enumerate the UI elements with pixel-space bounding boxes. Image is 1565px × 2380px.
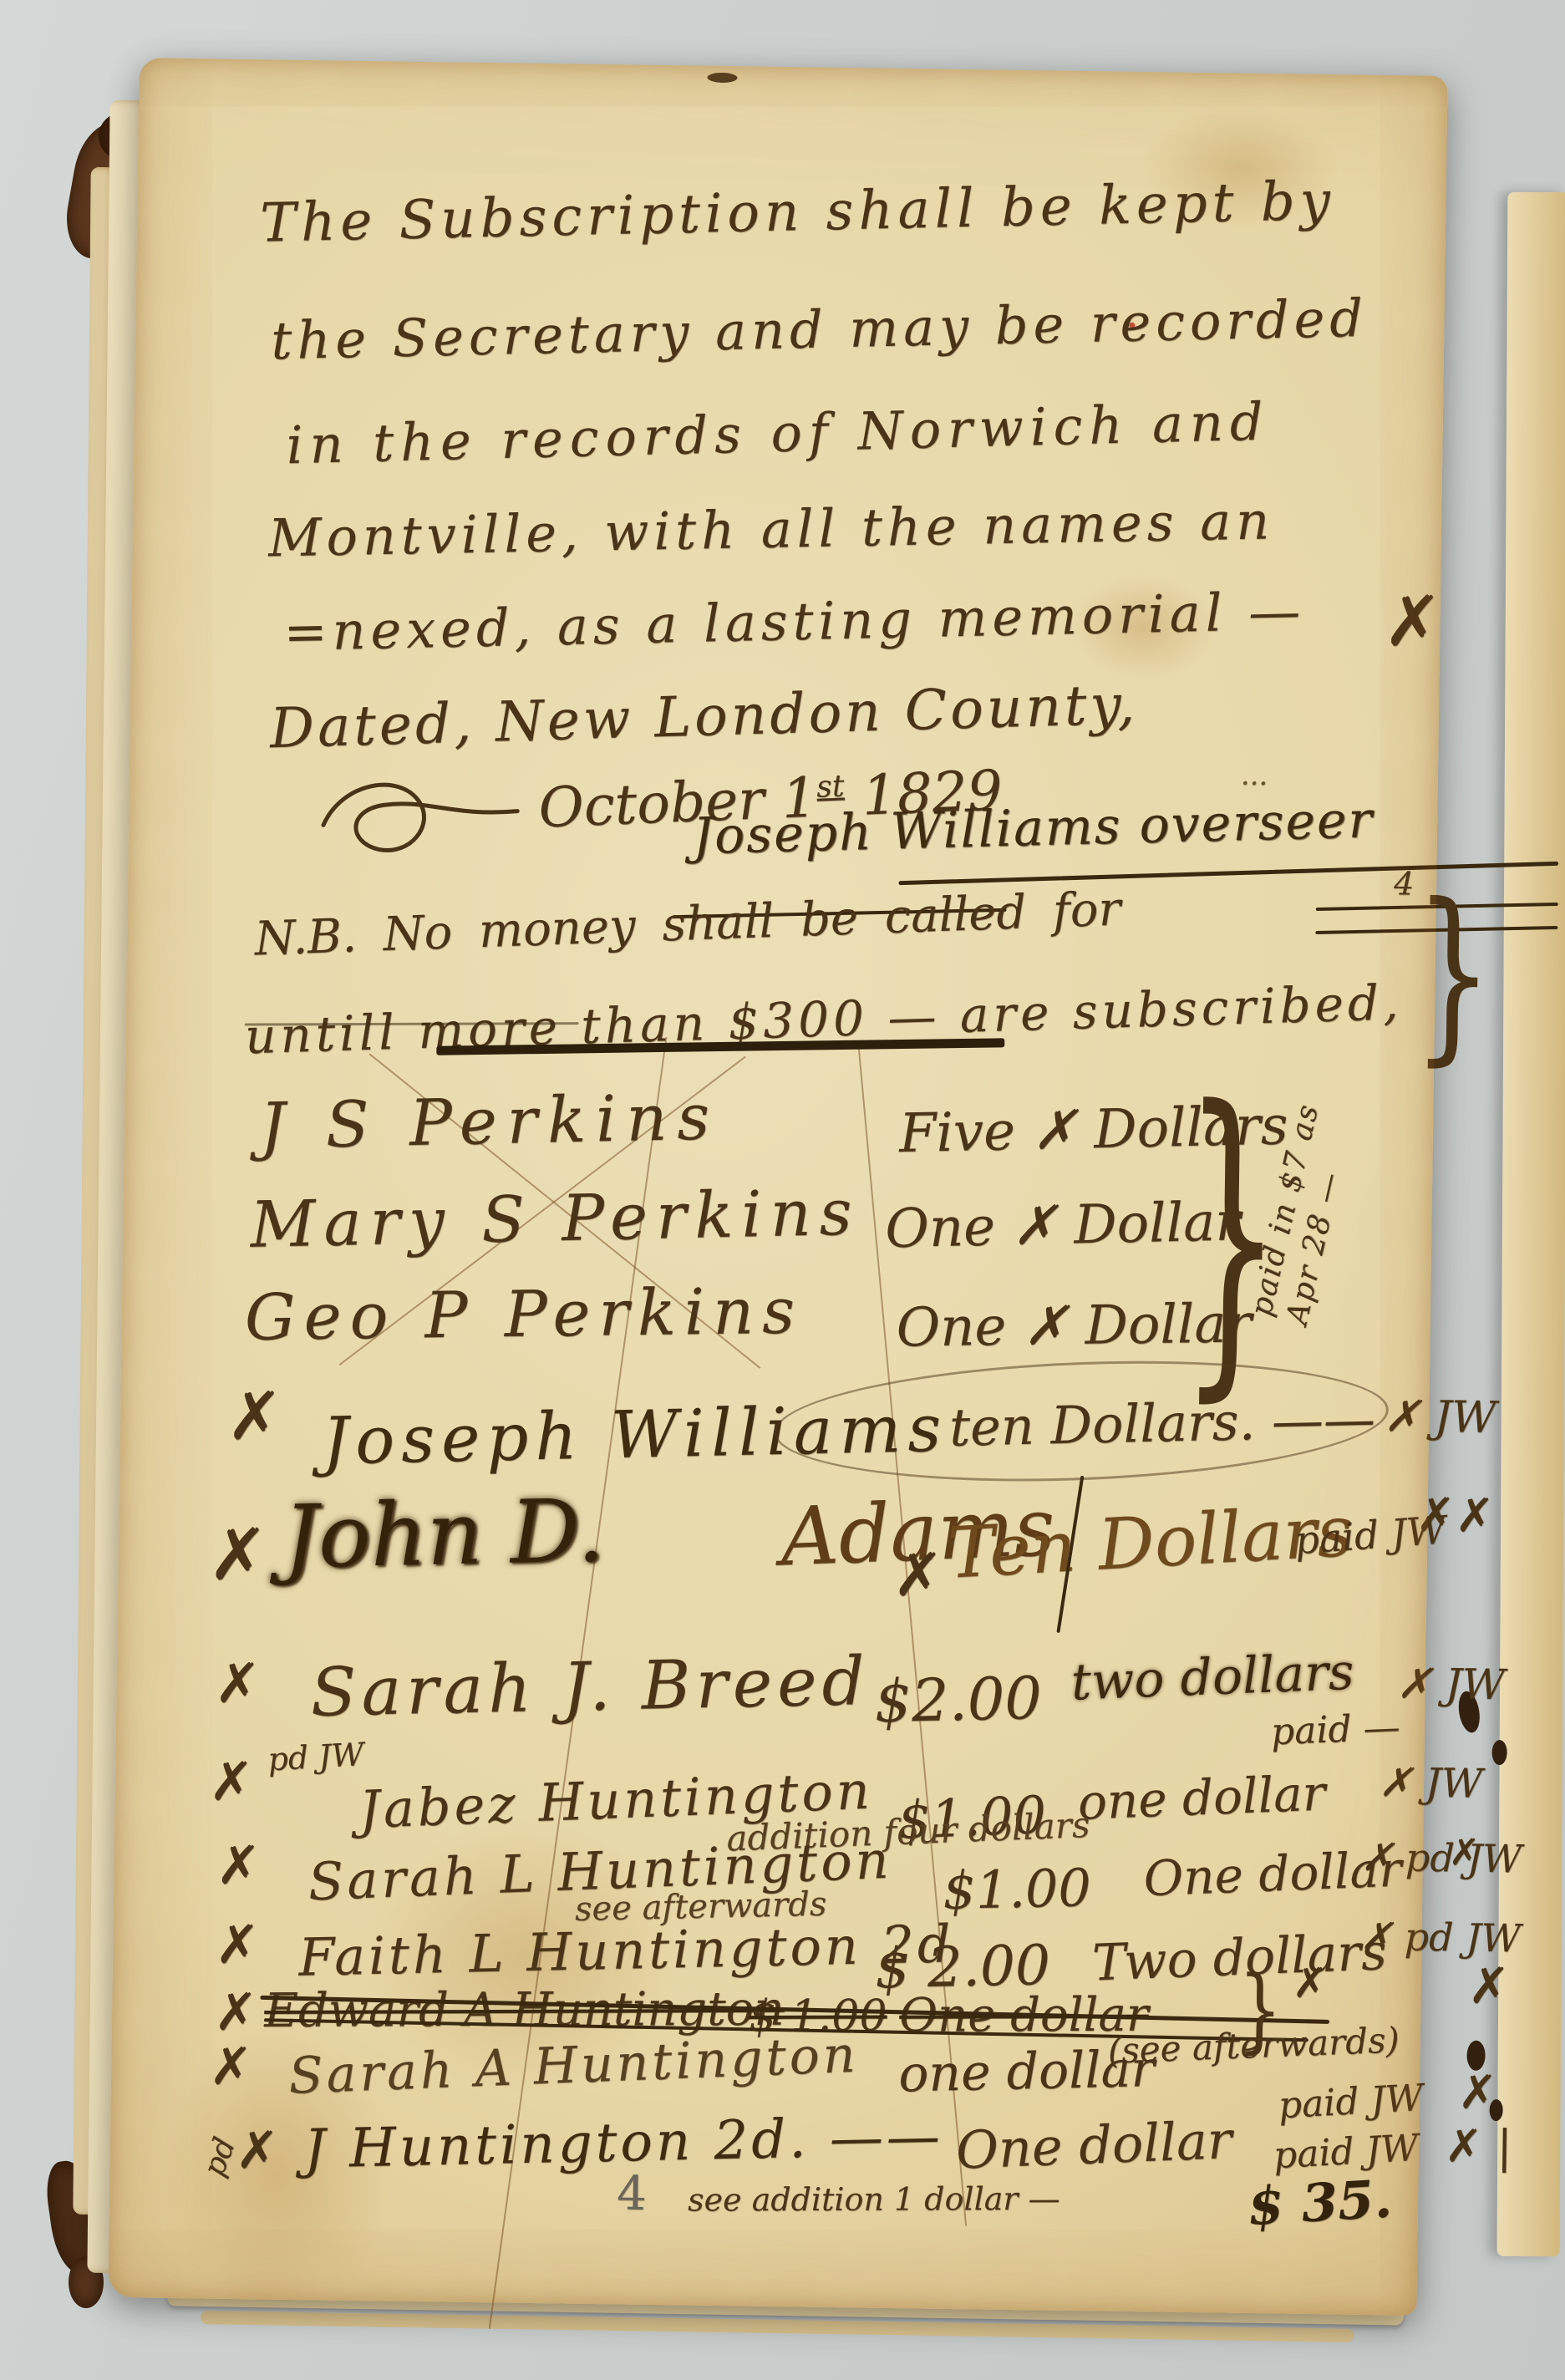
paragraph-line: Montville, with all the names an (267, 490, 1274, 568)
x-mark: ✗ (214, 1651, 261, 1716)
ink-blot (707, 73, 737, 84)
margin-initials: ✗ pd JW (1359, 1914, 1521, 1961)
x-mark: ✗ (207, 1513, 268, 1598)
x-mark: ✗ (1467, 1957, 1510, 2016)
x-mark: ✗ (214, 1981, 258, 2043)
margin-initials: ✗ JW (1379, 1759, 1483, 1808)
brace-mark: } (1237, 1964, 1283, 2056)
photo-background: The Subscription shall be kept by the Se… (0, 0, 1565, 2380)
paragraph-line: =nexed, as a lasting memorial — (283, 580, 1306, 663)
paid-note: paid — (1270, 1706, 1400, 1753)
x-mark: ✗ (1457, 2065, 1497, 2120)
x-mark: ✗ (209, 2036, 253, 2098)
subscriber-name: Sarah J. Breed (310, 1642, 871, 1732)
brace-mark: } (1412, 880, 1495, 1069)
amount-words: one dollar (898, 2040, 1156, 2103)
x-mark: ✗ (235, 2119, 279, 2181)
subscriber-amount: ten Dollars. —— (948, 1388, 1375, 1458)
subscriber-name: Mary S Perkins (250, 1175, 861, 1262)
paid-lead-note: pd JW (267, 1736, 364, 1777)
ink-flourish-icon (316, 766, 526, 869)
x-mark: ✗ (226, 1377, 282, 1456)
paid-note: paid JW (1277, 2077, 1424, 2128)
nota-bene-line: N.B. No money shall be called for (254, 882, 1122, 966)
date-ordinal: st (816, 767, 845, 804)
x-mark: ✗ (892, 1539, 943, 1610)
manuscript-page: The Subscription shall be kept by the Se… (108, 58, 1447, 2316)
x-mark: ✗ (1383, 580, 1443, 663)
subscriber-amount: $1.00 (943, 1857, 1092, 1921)
amount-words: One dollar (955, 2109, 1233, 2181)
subscriber-name: J S Perkins (259, 1079, 720, 1163)
x-mark: ✗ (216, 1835, 262, 1898)
paragraph-line: The Subscription shall be kept by (260, 170, 1336, 255)
amount-words: two dollars (1070, 1643, 1355, 1712)
paragraph-line: the Secretary and may be recorded (271, 287, 1369, 371)
subscriber-name: Faith L Huntington 2d (298, 1913, 955, 1987)
paragraph-line: in the records of Norwich and (286, 391, 1270, 476)
margin-initials: ✗ JW (1396, 1659, 1505, 1709)
subscriber-name: Geo P Perkins (244, 1274, 803, 1355)
x-mark: ✗ (215, 1915, 261, 1977)
paragraph-line: Dated, New London County, (269, 672, 1139, 760)
subscriber-amount: $2.00 (874, 1664, 1043, 1736)
x-mark: ✗ (208, 1752, 254, 1814)
x-mark: ✗ | (1445, 2119, 1512, 2173)
amount-words: one dollar (1077, 1764, 1327, 1830)
tally-mark: 4 (1394, 865, 1415, 902)
margin-initials: ✗✗ (1415, 1488, 1495, 1543)
total-amount: $ 35. (1246, 2168, 1393, 2237)
subscriber-name: John D. (282, 1479, 606, 1588)
x-mark: ✗ (1292, 1959, 1328, 2008)
margin-initials: ✗ JW (1384, 1391, 1496, 1443)
addition-note: see addition 1 dollar — (688, 2180, 1060, 2219)
pencil-mark: 4 (617, 2166, 648, 2220)
margin-initials: ✗ pd JW (1360, 1834, 1522, 1882)
